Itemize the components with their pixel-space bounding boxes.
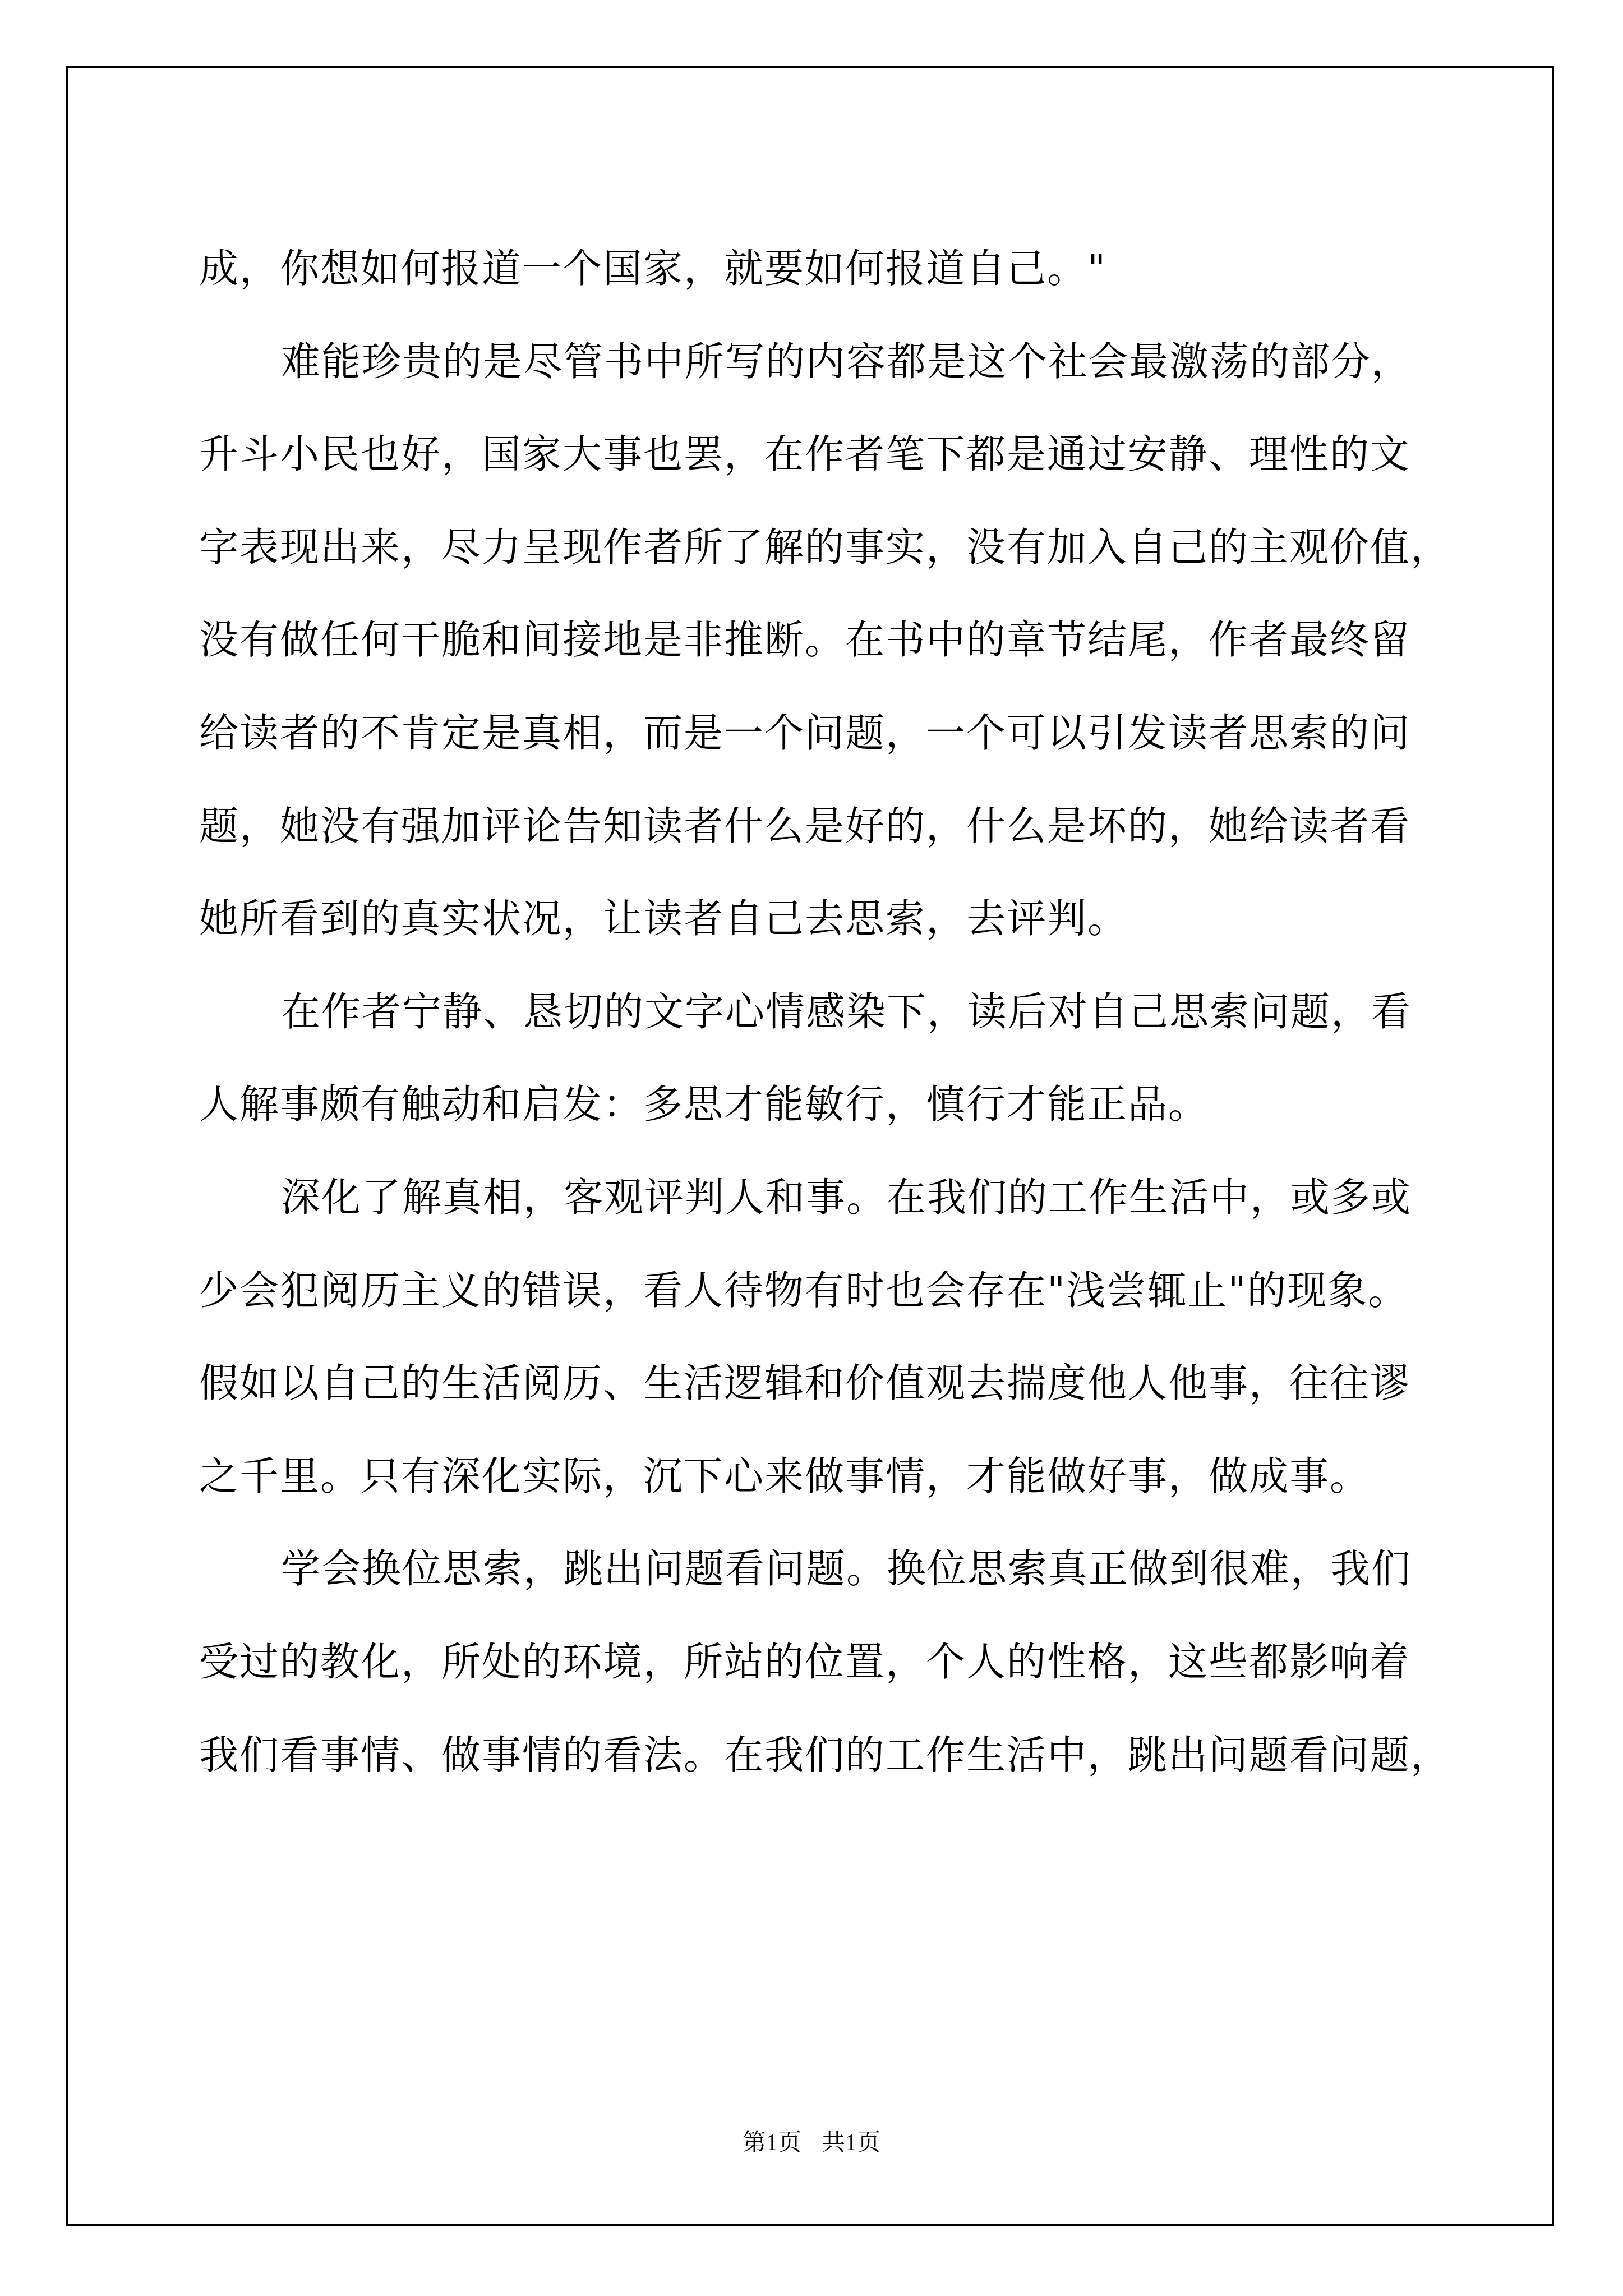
text-line: 假如以自己的生活阅历、生活逻辑和价值观去揣度他人他事，往往谬 [199,1337,1433,1430]
text-line: 她所看到的真实状况，让读者自己去思索，去评判。 [199,873,1433,966]
text-line: 给读者的不肯定是真相，而是一个问题，一个可以引发读者思索的问 [199,687,1433,780]
text-line: 难能珍贵的是尽管书中所写的内容都是这个社会最激荡的部分， [199,316,1433,409]
current-page-label: 第1页 [743,2130,801,2156]
text-line: 我们看事情、做事情的看法。在我们的工作生活中，跳出问题看问题， [199,1709,1433,1802]
text-line: 题，她没有强加评论告知读者什么是好的，什么是坏的，她给读者看 [199,780,1433,873]
text-line: 深化了解真相，客观评判人和事。在我们的工作生活中，或多或 [199,1152,1433,1245]
text-line: 成，你想如何报道一个国家，就要如何报道自己。" [199,223,1433,316]
text-line: 在作者宁静、恳切的文字心情感染下，读后对自己思索问题，看 [199,966,1433,1059]
text-line: 没有做任何干脆和间接地是非推断。在书中的章节结尾，作者最终留 [199,594,1433,687]
text-line: 人解事颇有触动和启发：多思才能敏行，慎行才能正品。 [199,1059,1433,1152]
document-body: 成，你想如何报道一个国家，就要如何报道自己。" 难能珍贵的是尽管书中所写的内容都… [199,223,1433,1802]
total-pages-label: 共1页 [822,2130,880,2156]
page-footer: 第1页共1页 [0,2127,1623,2159]
text-line: 受过的教化，所处的环境，所站的位置，个人的性格，这些都影响着 [199,1616,1433,1709]
text-line: 学会换位思索，跳出问题看问题。换位思索真正做到很难，我们 [199,1523,1433,1616]
text-line: 升斗小民也好，国家大事也罢，在作者笔下都是通过安静、理性的文 [199,408,1433,501]
text-line: 少会犯阅历主义的错误，看人待物有时也会存在"浅尝辄止"的现象。 [199,1245,1433,1338]
text-line: 之千里。只有深化实际，沉下心来做事情，才能做好事，做成事。 [199,1430,1433,1524]
text-line: 字表现出来，尽力呈现作者所了解的事实，没有加入自己的主观价值， [199,501,1433,595]
